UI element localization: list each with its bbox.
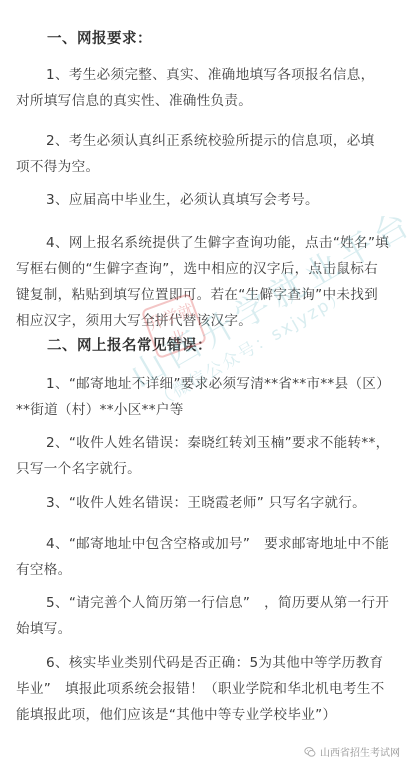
paragraph-line: 毕业” 填报此项系统会报错！（职业学院和华北机电考生不 [16,676,400,702]
article-page: 一、网报要求： 1、考生必须完整、真实、准确地填写各项报名信息， 对所填写信息的… [0,0,414,768]
source-attribution: 山西省招生考试网 [304,744,400,759]
paragraph-line: **街道（村）**小区**户等 [16,397,400,423]
error-item-5: 5、“请完善个人简历第一行信息” ，简历要从第一行开 始填写。 [16,590,400,642]
error-item-4: 4、“邮寄地址中包含空格或加号” 要求邮寄地址中不能 有空格。 [16,531,400,583]
requirement-item-4: 4、网上报名系统提供了生僻字查询功能，点击“姓名”填 写框右侧的“生僻字查询”，… [16,230,400,334]
error-item-3: 3、“收件人姓名错误：王晓霞老师” 只写名字就行。 [16,490,400,516]
paragraph-line: 相应汉字，须用大写全拼代替该汉字。 [16,308,400,334]
wechat-icon [304,746,316,758]
source-label: 山西省招生考试网 [320,744,400,759]
error-item-1: 1、“邮寄地址不详细”要求必须写清**省**市**县（区） **街道（村）**小… [16,371,400,423]
paragraph-line: 项不得为空。 [16,154,400,180]
requirement-item-1: 1、考生必须完整、真实、准确地填写各项报名信息， 对所填写信息的真实性、准确性负… [16,62,400,114]
error-item-2: 2、“收件人姓名错误：秦晓红转刘玉楠”要求不能转**， 只写一个名字就行。 [16,430,400,482]
section-heading-common-errors: 二、网上报名常见错误： [47,334,212,355]
paragraph-line: 6、核实毕业类别代码是否正确：5为其他中等学历教育 [16,650,400,676]
paragraph-line: 3、“收件人姓名错误：王晓霞老师” 只写名字就行。 [16,490,400,516]
paragraph-line: 4、“邮寄地址中包含空格或加号” 要求邮寄地址中不能 [16,531,400,557]
paragraph-line: 有空格。 [16,557,400,583]
paragraph-line: 2、“收件人姓名错误：秦晓红转刘玉楠”要求不能转**， [16,430,400,456]
paragraph-line: 4、网上报名系统提供了生僻字查询功能，点击“姓名”填 [16,230,400,256]
paragraph-line: 始填写。 [16,616,400,642]
paragraph-line: 2、考生必须认真纠正系统校验所提示的信息项，必填 [16,128,400,154]
requirement-item-2: 2、考生必须认真纠正系统校验所提示的信息项，必填 项不得为空。 [16,128,400,180]
paragraph-line: 写框右侧的“生僻字查询”，选中相应的汉字后，点击鼠标右 [16,256,400,282]
paragraph-line: 对所填写信息的真实性、准确性负责。 [16,88,400,114]
requirement-item-3: 3、应届高中毕业生，必须认真填写会考号。 [16,187,400,213]
paragraph-line: 能填报此项，他们应该是“其他中等专业学校毕业”） [16,702,400,728]
error-item-6: 6、核实毕业类别代码是否正确：5为其他中等学历教育 毕业” 填报此项系统会报错！… [16,650,400,728]
paragraph-line: 5、“请完善个人简历第一行信息” ，简历要从第一行开 [16,590,400,616]
paragraph-line: 1、“邮寄地址不详细”要求必须写清**省**市**县（区） [16,371,400,397]
paragraph-line: 1、考生必须完整、真实、准确地填写各项报名信息， [16,62,400,88]
paragraph-line: 3、应届高中毕业生，必须认真填写会考号。 [16,187,400,213]
paragraph-line: 只写一个名字就行。 [16,456,400,482]
section-heading-requirements: 一、网报要求： [47,27,152,48]
paragraph-line: 键复制，粘贴到填写位置即可。若在“生僻字查询”中未找到 [16,282,400,308]
